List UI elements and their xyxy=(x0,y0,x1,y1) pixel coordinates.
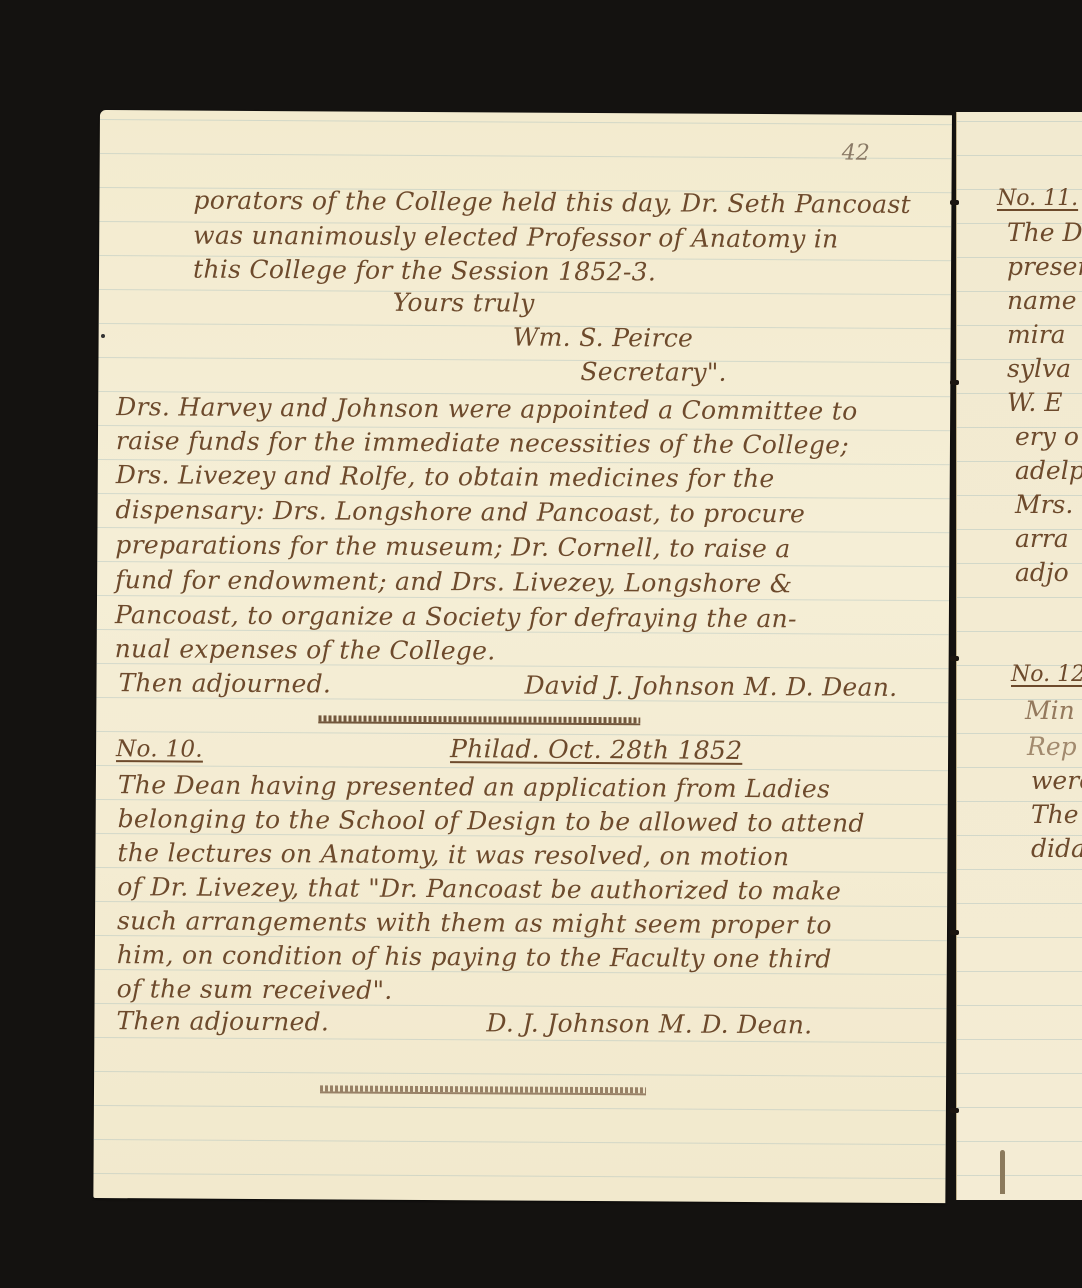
text-line: fund for endowment; and Drs. Livezey, Lo… xyxy=(115,565,792,598)
page-number: 42 xyxy=(842,141,870,166)
text-line: adjo xyxy=(1015,558,1069,587)
binding-stitch xyxy=(950,380,959,385)
margin-mark xyxy=(101,334,105,338)
text-line: dida xyxy=(1031,834,1082,863)
text-line: nual expenses of the College. xyxy=(115,634,496,665)
page-tab-marker xyxy=(1000,1150,1005,1194)
text-line: porators of the College held this day, D… xyxy=(193,186,911,219)
binding-stitch xyxy=(950,656,959,661)
left-page: 42 porators of the College held this day… xyxy=(93,110,952,1203)
binding-stitch xyxy=(950,200,959,205)
text-line: mira xyxy=(1007,320,1066,349)
text-line: The De xyxy=(1007,218,1082,247)
text-line: presen xyxy=(1007,252,1082,281)
closing-salutation: Yours truly xyxy=(393,288,535,318)
text-line: Min xyxy=(1025,696,1075,725)
text-line: dispensary: Drs. Longshore and Pancoast,… xyxy=(115,495,805,528)
text-line: W. E xyxy=(1007,388,1062,417)
text-line: Rep xyxy=(1027,732,1077,761)
text-line: the lectures on Anatomy, it was resolved… xyxy=(117,838,789,871)
entry-heading-date: Philad. Oct. 28th 1852 xyxy=(450,734,742,765)
entry-number: No. 10. xyxy=(116,736,203,763)
text-line: of the sum received". xyxy=(117,974,393,1005)
text-line: arra xyxy=(1015,524,1069,553)
text-line: were xyxy=(1031,766,1082,795)
text-line: sylva xyxy=(1007,354,1071,383)
text-line: adelp xyxy=(1015,456,1082,485)
text-line: of Dr. Livezey, that "Dr. Pancoast be au… xyxy=(117,872,841,905)
entry-number: No. 11. xyxy=(997,186,1078,211)
text-line: Drs. Livezey and Rolfe, to obtain medici… xyxy=(116,460,775,493)
dean-signature: David J. Johnson M. D. Dean. xyxy=(524,671,897,702)
text-line: Mrs. xyxy=(1015,490,1073,519)
text-line: raise funds for the immediate necessitie… xyxy=(116,426,849,459)
text-line: belonging to the School of Design to be … xyxy=(118,804,865,838)
binding-stitch xyxy=(950,930,959,935)
text-line: this College for the Session 1852-3. xyxy=(193,255,656,287)
text-line: name xyxy=(1007,286,1077,315)
signature: Wm. S. Peirce xyxy=(513,323,694,353)
section-divider xyxy=(318,715,640,725)
section-divider xyxy=(320,1085,646,1095)
text-line: Drs. Harvey and Johnson were appointed a… xyxy=(116,392,857,426)
text-line: The xyxy=(1031,800,1079,829)
signature-title: Secretary". xyxy=(580,357,727,387)
right-page-partial: No. 11. The De presen name mira sylva W.… xyxy=(956,112,1082,1200)
adjourned-note: Then adjourned. xyxy=(118,668,331,698)
adjourned-note: Then adjourned. xyxy=(116,1006,329,1036)
text-line: was unanimously elected Professor of Ana… xyxy=(193,221,838,254)
text-line: ery o xyxy=(1015,422,1079,451)
text-line: Pancoast, to organize a Society for defr… xyxy=(115,600,797,633)
text-line: preparations for the museum; Dr. Cornell… xyxy=(115,530,790,563)
text-line: The Dean having presented an application… xyxy=(118,770,830,803)
binding-stitch xyxy=(950,1108,959,1113)
text-line: such arrangements with them as might see… xyxy=(117,906,832,939)
text-line: him, on condition of his paying to the F… xyxy=(117,940,832,973)
entry-number: No. 12 xyxy=(1011,662,1082,687)
dean-signature: D. J. Johnson M. D. Dean. xyxy=(486,1008,812,1039)
